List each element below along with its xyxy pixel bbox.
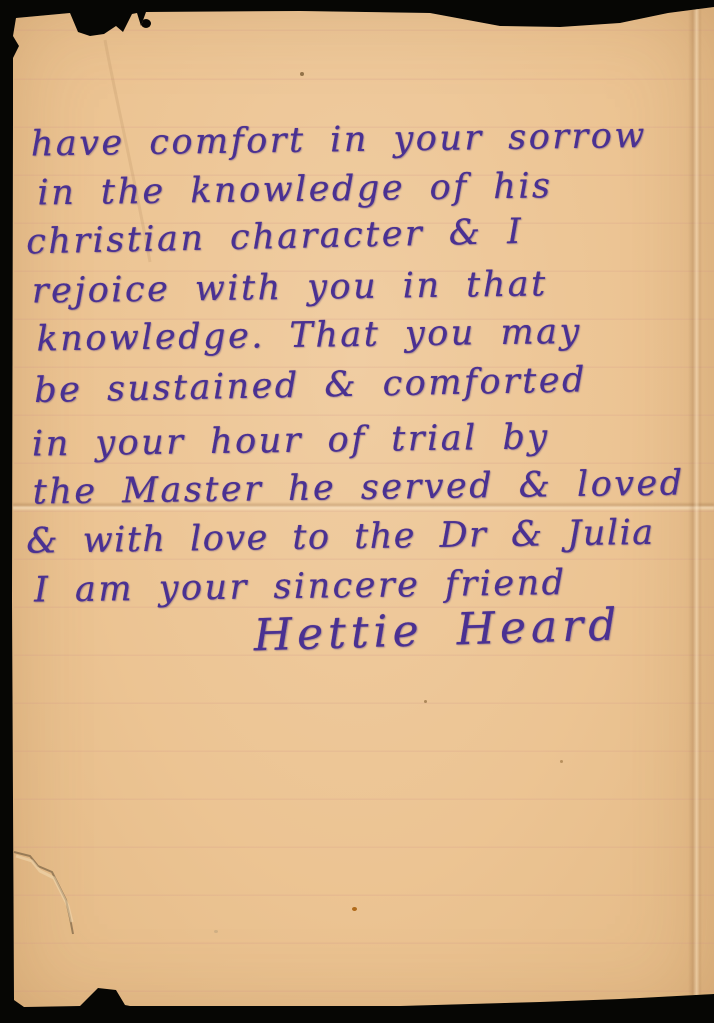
fold-crease-vertical [688, 8, 702, 1007]
ink-speck [352, 907, 357, 911]
ink-speck [300, 72, 304, 76]
ink-speck [424, 700, 427, 703]
handwriting-line: in your hour of trial by [32, 417, 550, 464]
tear-mark-left [14, 852, 73, 934]
tear-hole [141, 19, 151, 28]
handwriting-line: rejoice with you in that [32, 264, 548, 311]
handwriting-line: christian character & I [26, 212, 524, 262]
letter-page: have comfort in your sorrow in the knowl… [0, 0, 714, 1023]
handwriting-line: & with love to the Dr & Julia [26, 513, 655, 562]
tear-mark-left-highlight [16, 856, 72, 922]
scan-background: have comfort in your sorrow in the knowl… [0, 0, 714, 1023]
handwriting-line: knowledge. That you may [36, 312, 582, 360]
paper-blemishes [0, 0, 714, 1023]
handwriting-line: be sustained & comforted [34, 360, 587, 411]
handwriting-line: I am your sincere friend [34, 563, 567, 610]
paper-speck [214, 930, 218, 933]
fold-crease-horizontal [13, 502, 714, 511]
handwriting-line: in the knowledge of his [37, 166, 553, 213]
ink-speck [560, 760, 563, 763]
handwriting-line: have comfort in your sorrow [31, 116, 647, 165]
crease-top-left [105, 40, 150, 262]
letter-body: have comfort in your sorrow in the knowl… [0, 0, 714, 1023]
signature: Hettie Heard [253, 599, 622, 661]
